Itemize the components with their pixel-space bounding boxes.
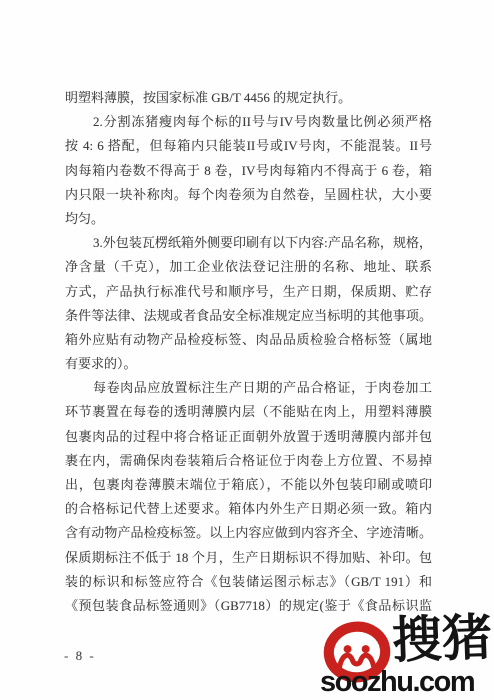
text-line: 含有动物产品检疫标签。以上内容应做到内容齐全、字迹清晰。 — [65, 521, 432, 545]
text-line: 箱外应贴有动物产品检疫标签、肉品品质检验合格标签（属地 — [65, 328, 432, 352]
text-line: 出，包裹肉卷薄膜末端位于箱底），不能以外包装印刷或喷印 — [65, 473, 432, 497]
text-line: 明塑料薄膜，按国家标准 GB/T 4456 的规定执行。 — [65, 86, 432, 110]
brand-url-text: soozhu.com — [320, 666, 474, 698]
text-line: 内只限一块补称肉。每个肉卷须为自然卷，呈圆柱状，大小要 — [65, 183, 432, 207]
brand-cn-text: 搜猪 — [391, 602, 494, 676]
text-line: 2.分割冻猪瘦肉每个标的II号与IV号肉数量比例必须严格 — [65, 110, 432, 134]
soozhu-watermark: 搜猪 soozhu.com — [318, 608, 494, 700]
text-line: 3.外包装瓦楞纸箱外侧要印刷有以下内容:产品名称，规格， — [65, 231, 432, 255]
text-line: 条件等法律、法规或者食品安全标准规定应当标明的其他事项。 — [65, 304, 432, 328]
text-line: 均匀。 — [65, 207, 432, 231]
text-line: 环节裹置在每卷的透明薄膜内层（不能贴在肉上，用塑料薄膜 — [65, 400, 432, 424]
page-number: - 8 - — [64, 648, 96, 664]
text-line: 每卷肉品应放置标注生产日期的产品合格证，于肉卷加工 — [65, 376, 432, 400]
document-body: 明塑料薄膜，按国家标准 GB/T 4456 的规定执行。 2.分割冻猪瘦肉每个标… — [65, 86, 432, 618]
text-line: 的合格标记代替上述要求。箱体内外生产日期必须一致。箱内 — [65, 497, 432, 521]
text-line: 有要求的）。 — [65, 352, 432, 376]
scanned-document-page: 明塑料薄膜，按国家标准 GB/T 4456 的规定执行。 2.分割冻猪瘦肉每个标… — [0, 0, 494, 700]
text-line: 包裹肉品的过程中将合格证正面朝外放置于透明薄膜内部并包 — [65, 425, 432, 449]
text-line: 方式，产品执行标准代号和顺序号，生产日期，保质期、贮存 — [65, 280, 432, 304]
text-line: 按 4: 6 搭配，但每箱内只能装II号或IV号肉，不能混装。II号 — [65, 134, 432, 158]
text-line: 装的标识和标签应符合《包装储运图示标志》（GB/T 191）和 — [65, 570, 432, 594]
text-line: 肉每箱内卷数不得高于 8 卷，IV号肉每箱内不得高于 6 卷，箱 — [65, 159, 432, 183]
text-line: 裹在内，需确保肉卷装箱后合格证位于肉卷上方位置、不易掉 — [65, 449, 432, 473]
text-line: 净含量（千克），加工企业依法登记注册的名称、地址、联系 — [65, 255, 432, 279]
text-line: 保质期标注不低于 18 个月，生产日期标识不得加贴、补印。包 — [65, 546, 432, 570]
